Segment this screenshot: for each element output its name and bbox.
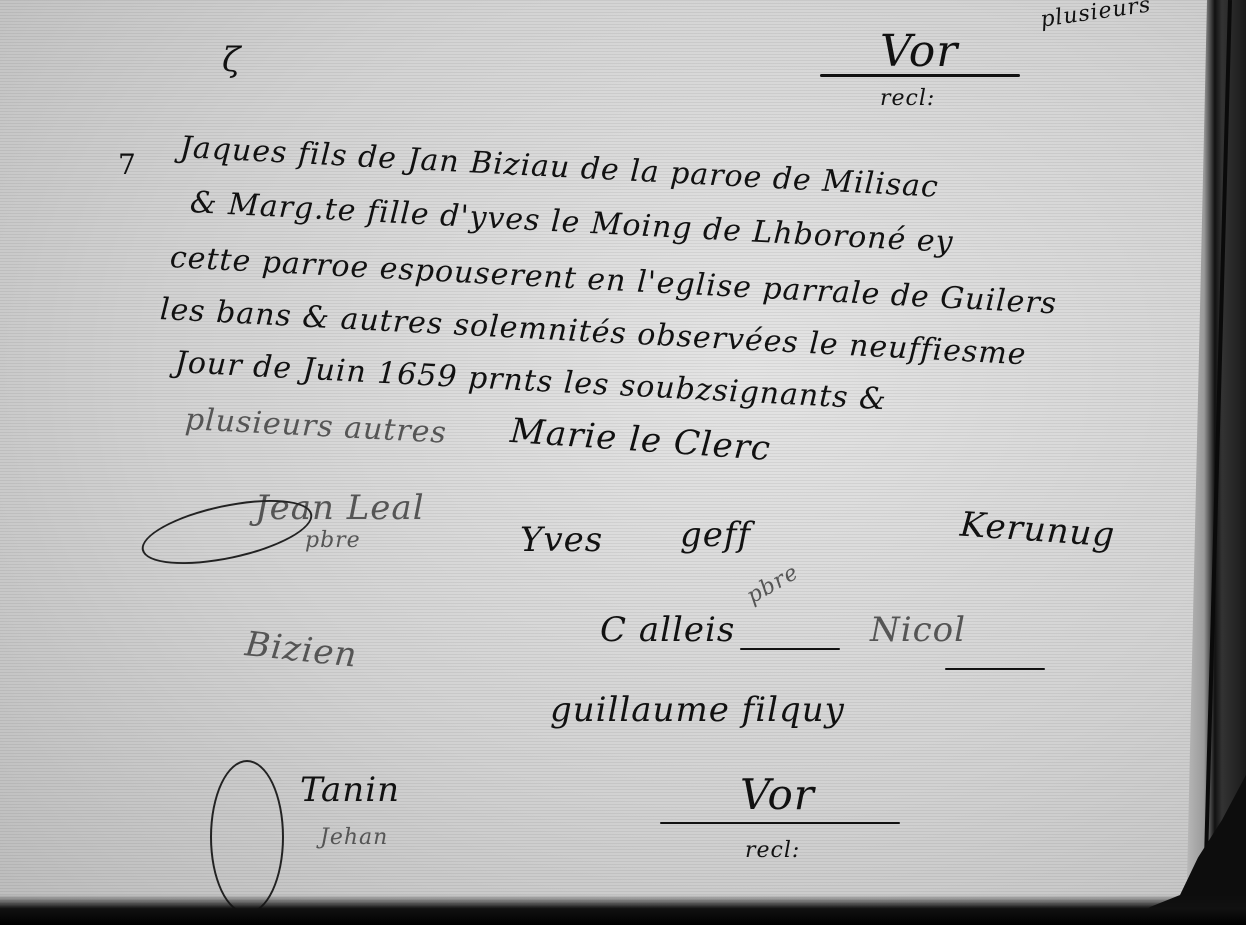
margin-mark: 7 bbox=[118, 148, 136, 181]
register-page: plusieurs Vor recl: ζ 7 Jaques fils de J… bbox=[0, 0, 1246, 925]
signature-c-alleis: C alleis bbox=[600, 610, 735, 650]
body-line-6: plusieurs autres bbox=[184, 402, 448, 451]
header-note-recl: recl: bbox=[880, 86, 935, 111]
vor-bottom-underline bbox=[660, 822, 900, 824]
header-signature-underline bbox=[820, 74, 1020, 77]
signature-marie-le-clerc: Marie le Clerc bbox=[509, 411, 772, 469]
signature-tanin-sub: Jehan bbox=[320, 825, 388, 850]
signature-kerunug: Kerunug bbox=[959, 505, 1117, 556]
signature-guillaume-filquy: guillaume filquy bbox=[550, 690, 845, 730]
top-left-mark: ζ bbox=[222, 40, 241, 80]
signature-nicol: Nicol bbox=[870, 610, 966, 650]
note-recl-bottom: recl: bbox=[745, 838, 800, 863]
page-bottom-edge bbox=[0, 895, 1246, 925]
signature-jean-leal-note: pbre bbox=[305, 528, 361, 553]
signature-geff: geff bbox=[680, 515, 751, 555]
signature-pbre-mid: pbre bbox=[742, 560, 803, 610]
header-fragment: plusieurs bbox=[1039, 0, 1153, 33]
flourish-tanin bbox=[210, 760, 284, 914]
signature-bizien: Bizien bbox=[243, 624, 359, 676]
flourish-jean-leal bbox=[136, 488, 317, 577]
header-signature-vor: Vor bbox=[880, 26, 958, 77]
signature-yves: Yves bbox=[520, 520, 603, 560]
signature-tanin: Tanin bbox=[300, 770, 400, 810]
signature-vor-bottom: Vor bbox=[740, 770, 815, 819]
nicol-underline bbox=[945, 668, 1045, 670]
c-alleis-underline bbox=[740, 648, 840, 650]
